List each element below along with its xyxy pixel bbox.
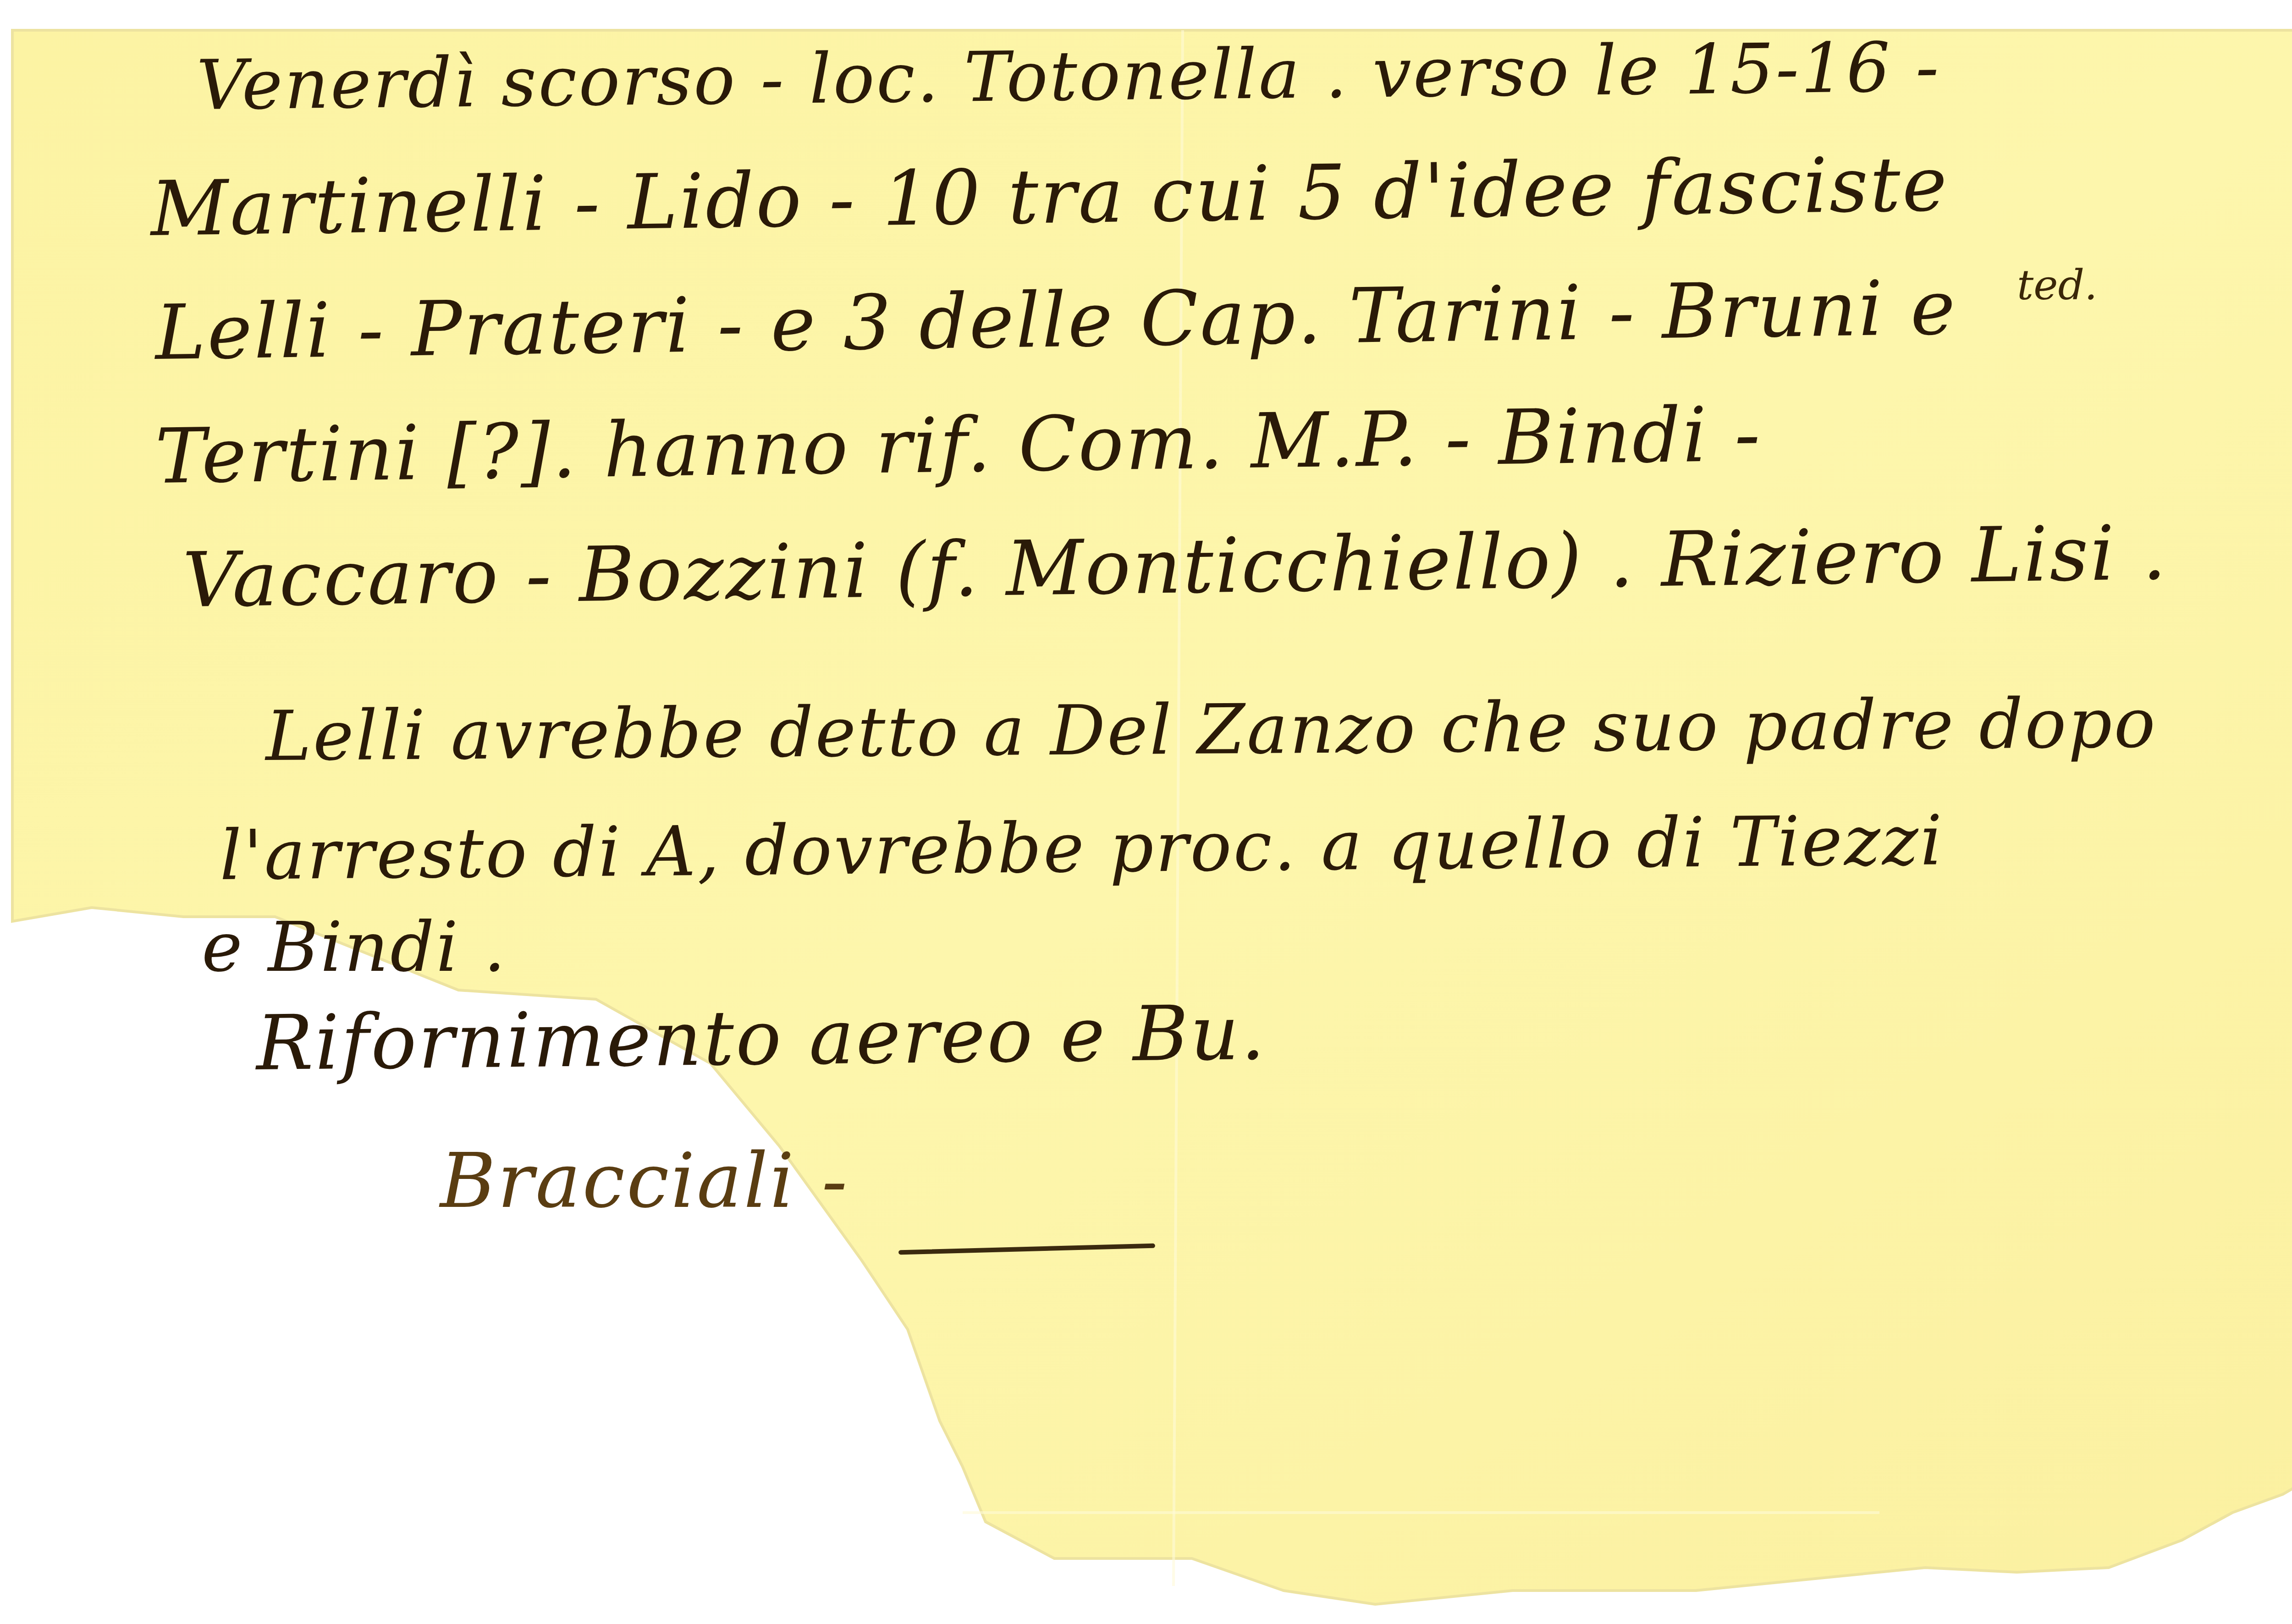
note-line-7: l'arresto di A, dovrebbe proc. a quello …	[219, 801, 1944, 896]
note-line-9: Rifornimento aereo e Bu.	[256, 989, 1267, 1087]
note-line-6: Lelli avrebbe detto a Del Zanzo che suo …	[265, 683, 2158, 776]
note-line-8: e Bindi .	[202, 908, 507, 987]
signature: Bracciali -	[440, 1137, 849, 1225]
interlinear-note: ted.	[2017, 261, 2098, 309]
